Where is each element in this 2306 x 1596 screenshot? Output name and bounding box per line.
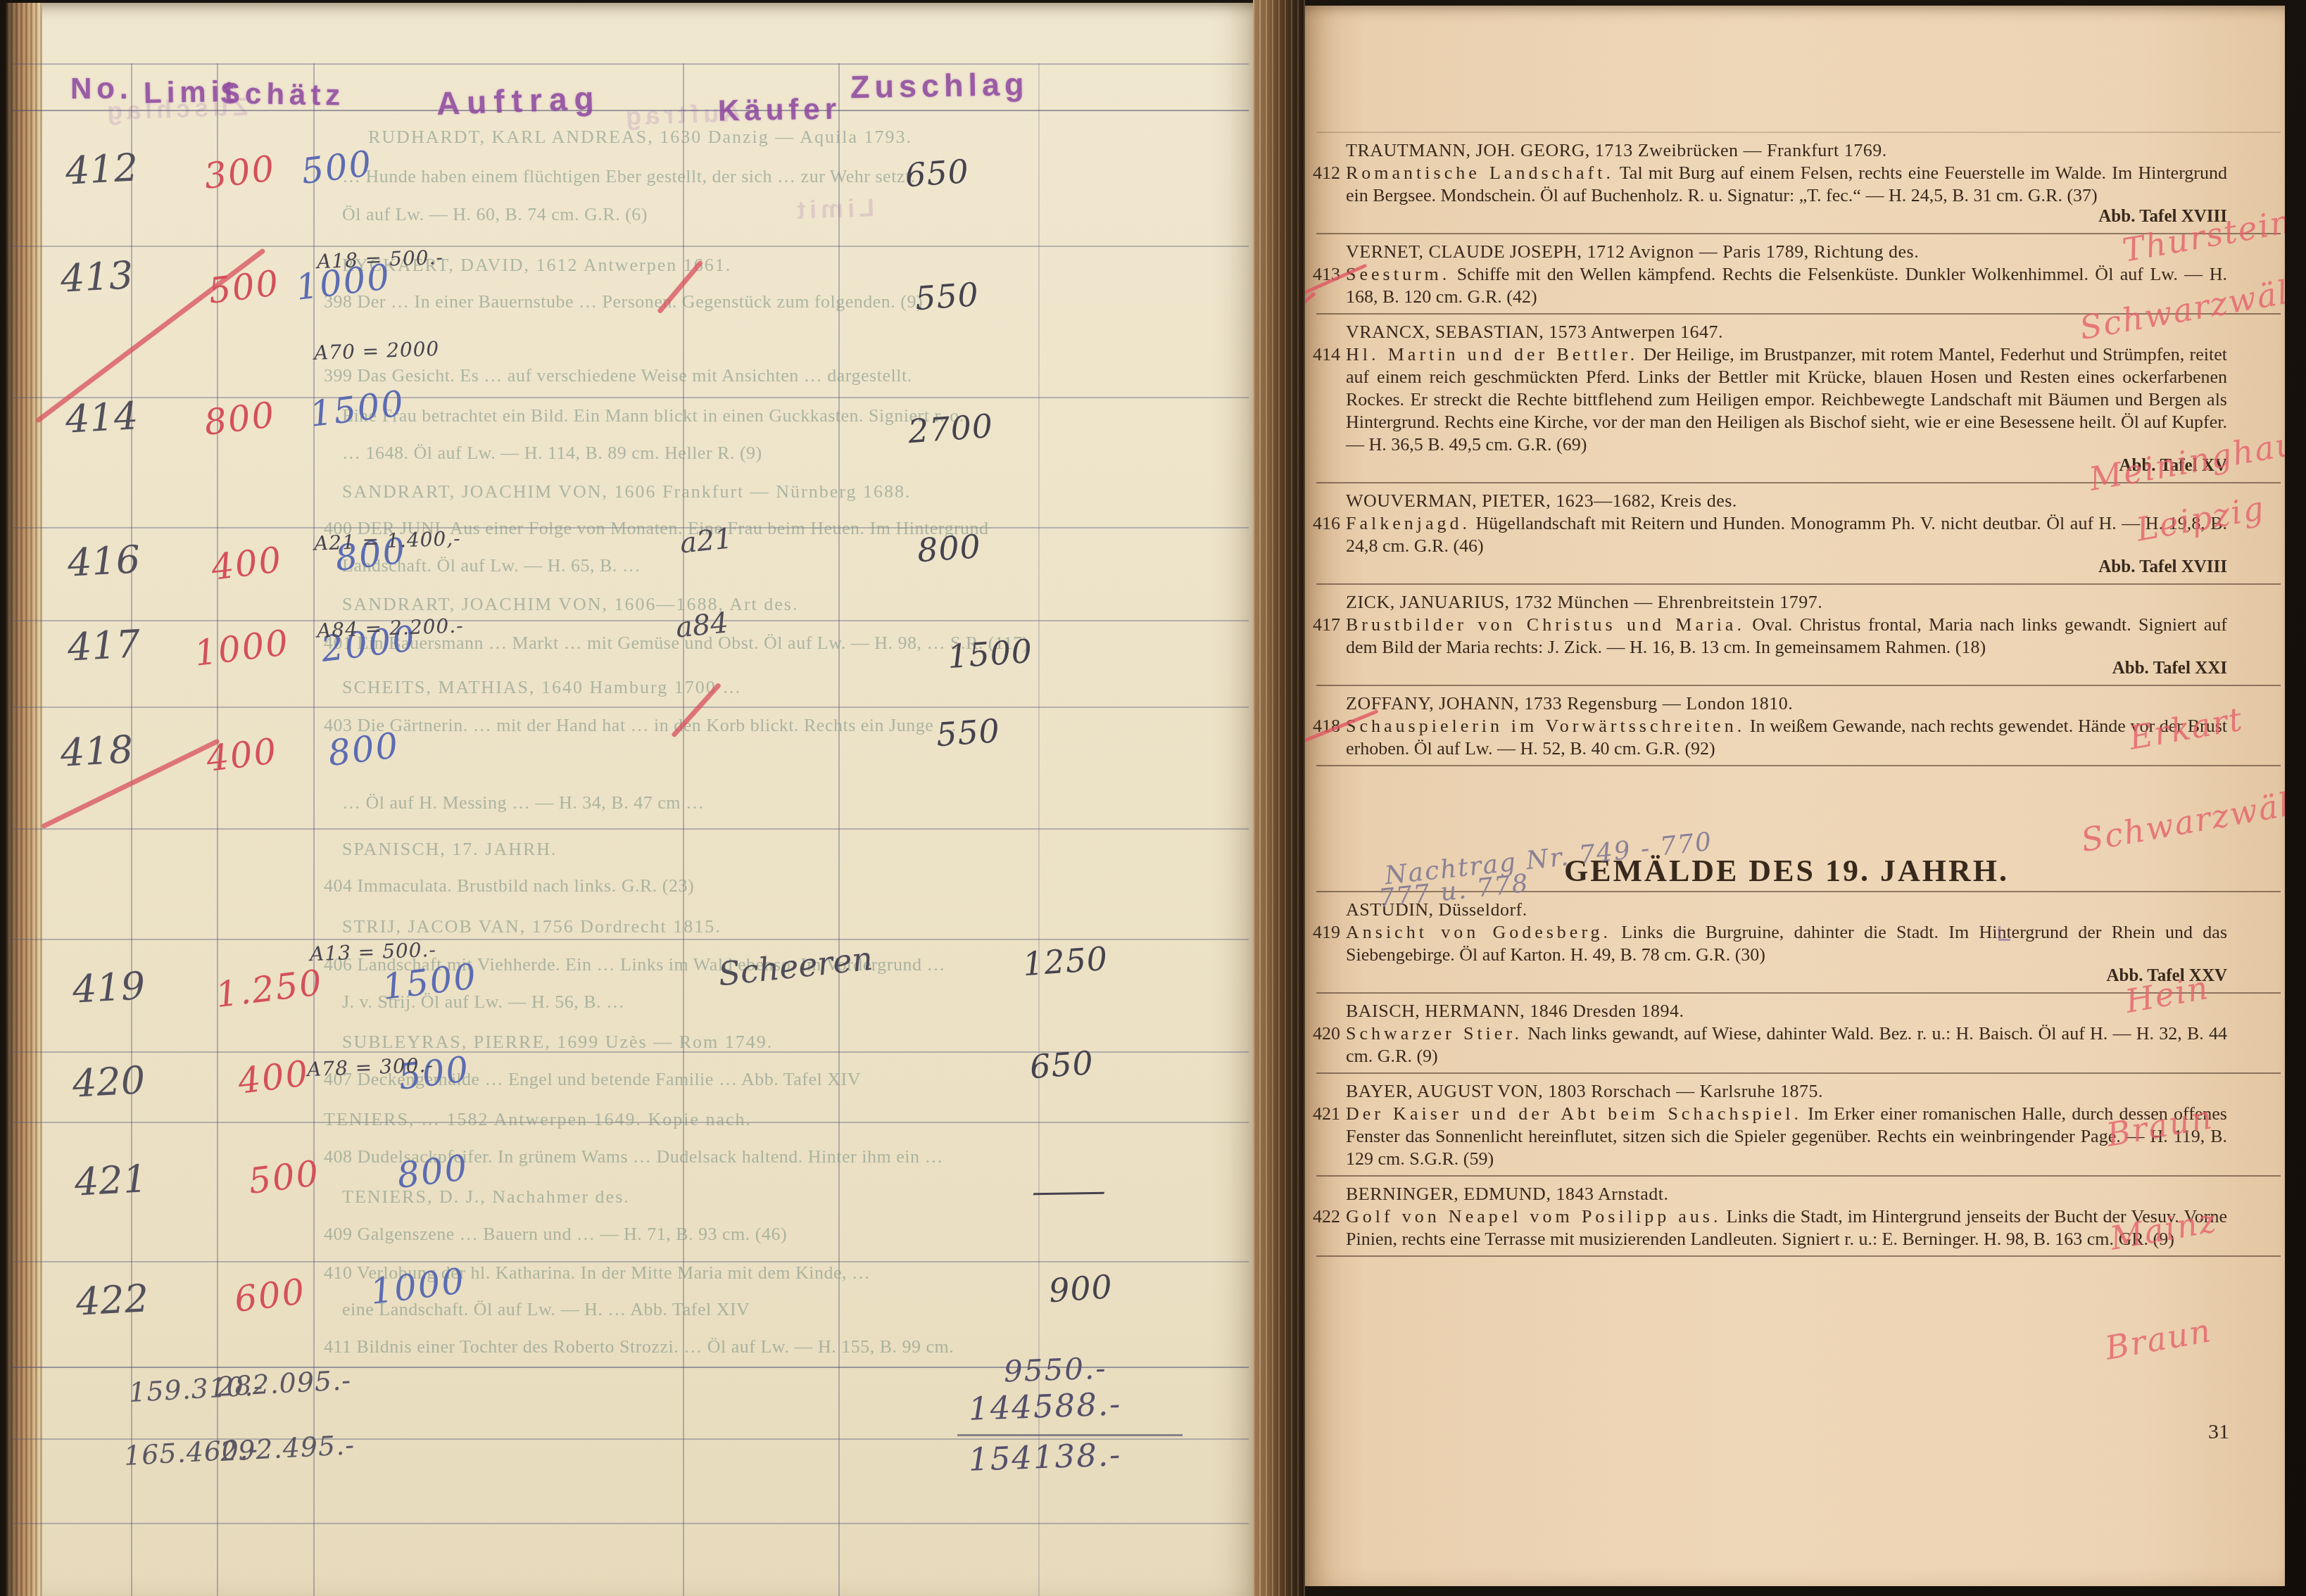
artist-name: TRAUTMANN, JOH. GEORG, 1713 Zweibrücken … [1346,139,2227,162]
catalog-entry-413: VERNET, CLAUDE JOSEPH, 1712 Avignon — Pa… [1346,241,2227,308]
lot-entry: 413 Seesturm. Schiffe mit den Wellen käm… [1346,263,2227,308]
artist-name: BERNINGER, EDMUND, 1843 Arnstadt. [1346,1183,2227,1205]
lot-title: Golf von Neapel vom Posilipp aus. [1346,1206,1721,1227]
ghost-line: … Hunde haben einem flüchtigen Eber gest… [342,166,916,187]
ghost-line: … Öl auf H. Messing … — H. 34, B. 47 cm … [342,792,704,813]
catalog-entry-412: TRAUTMANN, JOH. GEORG, 1713 Zweibrücken … [1346,139,2227,228]
ghost-line: 411 Bildnis einer Tochter des Roberto St… [324,1336,954,1357]
plate-reference: Abb. Tafel XVIII [1346,556,2227,578]
catalog-entry-420: BAISCH, HERMANN, 1846 Dresden 1894. 420 … [1346,1000,2227,1068]
row-rule [13,828,1249,830]
zuschlag-422: 900 [1047,1267,1114,1310]
ledger-no-412: 412 [64,145,139,193]
lot-entry: 417 Brustbilder von Christus und Maria. … [1346,614,2227,680]
limit-418: 400 [204,730,280,780]
ledger-no-417: 417 [66,621,141,669]
ghost-line: 398 Der … In einer Bauernstube … Persone… [324,291,923,312]
limit-422: 600 [232,1271,308,1320]
artist-name: BAISCH, HERMANN, 1846 Dresden 1894. [1346,1000,2227,1022]
lot-title: Romantische Landschaft. [1346,163,1614,183]
plate-reference: Abb. Tafel XXI [1346,657,2227,680]
catalog-entry-421: BAYER, AUGUST VON, 1803 Rorschach — Karl… [1346,1080,2227,1170]
row-rule [13,397,1249,398]
red-strike-413-tail [1305,292,1316,324]
ghost-line: 409 Galgenszene … Bauern und … — H. 71, … [324,1224,787,1245]
lot-number: 419 [1305,921,1340,944]
zuschlag-417: 1500 [946,632,1034,676]
schaetz-total-row1: 282.095.- [216,1364,352,1402]
schaetz-412: 500 [299,143,375,192]
artist-name: VERNET, CLAUDE JOSEPH, 1712 Avignon — Pa… [1346,241,2227,263]
kaeufer-417: a84 [674,607,730,645]
artist-name: ZOFFANY, JOHANN, 1733 Regensburg — Londo… [1346,692,2227,715]
lot-number: 417 [1305,614,1340,636]
ledger-no-422: 422 [75,1276,149,1324]
lot-entry: 412 Romantische Landschaft. Tal mit Burg… [1346,162,2227,228]
zuschlag-418: 550 [935,711,1001,754]
zuschlag-412: 650 [904,152,970,194]
header-auftrag: Auftrag [436,79,601,122]
lot-number: 416 [1305,512,1340,535]
plate-reference: Abb. Tafel XVIII [1346,205,2227,228]
header-zuschlag: Zuschlag [850,66,1029,106]
kaeufer-419: Scheeren [717,939,875,994]
kaeufer-416: a21 [679,522,734,560]
ghost-line: STRIJ, JACOB VAN, 1756 Dordrecht 1815. [342,916,722,937]
ghost-line: TENIERS, D. J., Nachahmer des. [342,1186,630,1208]
auftrag-note-420: A78 = 300.- [306,1053,434,1081]
section-rule [1316,685,2281,686]
ghost-line: TENIERS, … 1582 Antwerpen 1649. Kopie na… [324,1109,752,1130]
row-rule [13,1523,1249,1524]
ledger-no-421: 421 [73,1156,148,1204]
limit-419: 1.250 [213,962,325,1015]
row-rule [13,246,1249,247]
lot-number: 422 [1305,1205,1340,1228]
pencil-corner-mark [1998,926,2010,941]
lot-entry: 414 Hl. Martin und der Bettler. Der Heil… [1346,343,2227,477]
page-edge-stack [6,3,42,1596]
ghost-line: SANDRART, JOACHIM VON, 1606—1688, Art de… [342,594,798,615]
ghost-line: … 1648. Öl auf Lw. — H. 114, B. 89 cm. H… [342,443,762,464]
scanned-auction-book: No. Limit Schätz Auftrag Käufer Zuschlag… [0,0,2306,1596]
lot-title: Schauspielerin im Vorwärtsschreiten. [1346,716,1745,736]
artist-name: ZICK, JANUARIUS, 1732 München — Ehrenbre… [1346,591,2227,614]
catalog-entry-417: ZICK, JANUARIUS, 1732 München — Ehrenbre… [1346,591,2227,680]
lot-entry: 418 Schauspielerin im Vorwärtsschreiten.… [1346,715,2227,760]
limit-416: 400 [209,539,285,588]
section-rule [1316,1072,2281,1074]
limit-420: 400 [236,1053,312,1102]
zuschlag-416: 800 [916,527,982,569]
lot-description: Schiffe mit den Wellen kämpfend. Rechts … [1346,264,2227,307]
ghost-line: Eine Frau betrachtet ein Bild. Ein Mann … [342,405,964,426]
totals-underline [957,1434,1183,1436]
zuschlag-420: 650 [1028,1044,1095,1086]
lot-number: 421 [1305,1103,1340,1125]
limit-417: 1000 [192,622,291,674]
limit-421: 500 [246,1153,322,1202]
section-rule [1316,583,2281,585]
ghost-line: RUDHARDT, KARL ANDREAS, 1630 Danzig — Aq… [368,127,912,148]
ghost-line: SCHEITS, MATHIAS, 1640 Hamburg 1700 … [342,677,742,698]
lot-number: 414 [1305,343,1340,366]
ghost-line: SUBLEYRAS, PIERRE, 1699 Uzès — Rom 1749. [342,1032,773,1053]
ghost-line: SPANISCH, 17. JAHRH. [342,839,557,860]
schaetz-414: 1500 [308,383,407,435]
bleed-stamp-zuschlag: Zuschlag [102,91,248,126]
ghost-line: 399 Das Gesicht. Es … auf verschiedene W… [324,365,912,386]
lot-title: Brustbilder von Christus und Maria. [1346,614,1745,635]
section-rule [1316,1255,2281,1257]
schaetz-418: 800 [326,725,402,774]
ledger-no-414: 414 [64,393,139,441]
lot-description: Hügellandschaft mit Reitern und Hunden. … [1346,513,2227,556]
lot-title: Schwarzer Stier. [1346,1023,1523,1044]
book-gutter [1253,0,1305,1596]
row-rule [13,939,1249,940]
ledger-no-420: 420 [71,1058,146,1106]
ghost-line: 404 Immaculata. Brustbild nach links. G.… [324,875,694,897]
auftrag-note-414: A70 = 2000 [313,337,439,365]
ledger-no-416: 416 [66,537,141,585]
margin-note-422: Braun [2102,1311,2214,1367]
lot-number: 412 [1305,162,1340,184]
row-rule [13,707,1249,708]
zuschlag-414: 2700 [907,407,995,450]
section-rule [1316,1175,2281,1177]
zuschlag-419: 1250 [1021,939,1109,983]
row-rule [13,620,1249,621]
zuschlag-page-sum: 9550.- [1003,1350,1107,1388]
ledger-page: No. Limit Schätz Auftrag Käufer Zuschlag… [6,3,1253,1596]
section-rule [1316,132,2281,133]
lot-entry: 421 Der Kaiser und der Abt beim Schachsp… [1346,1103,2227,1170]
ledger-no-418: 418 [59,727,134,775]
lot-entry: 420 Schwarzer Stier. Nach links gewandt,… [1346,1022,2227,1068]
auftrag-note-416: A21 = 1.400,- [313,526,461,555]
ledger-no-413: 413 [59,253,134,300]
catalog-entry-422: BERNINGER, EDMUND, 1843 Arnstadt. 422 Go… [1346,1183,2227,1250]
row-rule [13,63,1249,65]
lot-entry: 419 Ansicht von Godesberg. Links die Bur… [1346,921,2227,987]
ghost-line: SANDRART, JOACHIM VON, 1606 Frankfurt — … [342,481,911,502]
ledger-no-419: 419 [71,963,146,1011]
page-number: 31 [2208,1420,2229,1444]
zuschlag-421-dash: — [1028,1171,1111,1210]
lot-number: 420 [1305,1022,1340,1045]
catalog-entry-418: ZOFFANY, JOHANN, 1733 Regensburg — Londo… [1346,692,2227,760]
schaetz-421: 800 [395,1147,471,1196]
schaetz-total-row2: 292.495.- [220,1429,355,1467]
ghost-line: Öl auf Lw. — H. 60, B. 74 cm. G.R. (6) [342,204,648,225]
lot-entry: 416 Falkenjagd. Hügellandschaft mit Reit… [1346,512,2227,578]
artist-name: BAYER, AUGUST VON, 1803 Rorschach — Karl… [1346,1080,2227,1103]
zuschlag-carry: 144588.- [968,1385,1122,1428]
lot-title: Hl. Martin und der Bettler. [1346,344,1638,365]
catalog-entry-416: WOUVERMAN, PIETER, 1623—1682, Kreis des.… [1346,490,2227,578]
auftrag-note-413: A18 = 500.- [316,246,443,273]
section-rule [1316,765,2281,766]
catalog-entry-419: ASTUDIN, Düsseldorf. 419 Ansicht von God… [1346,899,2227,987]
ghost-line: 403 Die Gärtnerin. … mit der Hand hat … … [324,715,957,736]
catalog-page: TRAUTMANN, JOH. GEORG, 1713 Zweibrücken … [1305,6,2285,1586]
lot-title: Ansicht von Godesberg. [1346,922,1611,942]
limit-414: 800 [202,394,278,443]
catalog-text-block: TRAUTMANN, JOH. GEORG, 1713 Zweibrücken … [1346,127,2227,1263]
lot-title: Der Kaiser und der Abt beim Schachspiel. [1346,1103,1802,1124]
lot-entry: 422 Golf von Neapel vom Posilipp aus. Li… [1346,1205,2227,1250]
bleed-stamp-limit: Limit [792,193,874,225]
limit-412: 300 [202,148,278,197]
auftrag-note-419: A13 = 500.- [309,938,436,965]
zuschlag-413: 550 [914,275,980,317]
plate-reference: Abb. Tafel XXV [1346,965,2227,987]
zuschlag-total: 154138.- [968,1436,1122,1478]
lot-title: Falkenjagd. [1346,513,1470,533]
